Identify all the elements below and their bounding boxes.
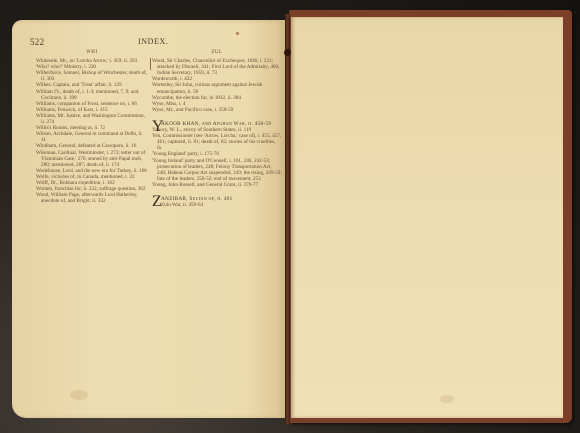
book-gutter bbox=[285, 14, 290, 424]
index-entry: Wood, Sir Charles, Chancellor of Exchequ… bbox=[152, 58, 282, 76]
index-entry: Williams, companion of Frost, sentence o… bbox=[36, 101, 148, 107]
page-stain bbox=[440, 395, 454, 403]
index-entry: Yeh, Commissioner (see 'Arrow, Lorcha,' … bbox=[152, 133, 282, 151]
index-entry: Williams, Mr. Justice, and Washington Co… bbox=[36, 113, 148, 125]
index-entry: Wilberforce, Samuel, Bishop of Wincheste… bbox=[36, 70, 148, 82]
index-entry: Wodehouse, Lord, and the new era for Tur… bbox=[36, 168, 148, 174]
drop-cap-letter: Y bbox=[152, 120, 164, 134]
index-entry: Windham, General, defeated at Cawnpore, … bbox=[36, 143, 148, 149]
index-entry: William IV., death of, i. 1-3; mentioned… bbox=[36, 89, 148, 101]
index-section-y: Y AKOOB KHAN, and Afghan War, ii. 458-59 bbox=[152, 121, 282, 127]
page-number: 522 bbox=[30, 37, 44, 47]
guide-word: ZUL bbox=[152, 50, 282, 56]
index-column-right: ZUL Wood, Sir Charles, Chancellor of Exc… bbox=[152, 50, 282, 208]
index-entry: Wilson, Archdale, General in command at … bbox=[36, 131, 148, 143]
index-entry: ANZIBAR, Sultan of, ii. 461 bbox=[161, 196, 233, 202]
page-spot bbox=[236, 32, 239, 35]
guide-word: WHI bbox=[36, 50, 148, 56]
index-entry: Zulu War, ii. 459-64 bbox=[152, 202, 282, 208]
index-entry: Wood, William Page, afterwards Lord Hath… bbox=[36, 192, 148, 204]
index-entry: Wiseman, Cardinal, Westminster, i. 273; … bbox=[36, 150, 148, 168]
page-stain bbox=[70, 390, 88, 400]
binding-thread-knot bbox=[284, 49, 291, 56]
index-entry: AKOOB KHAN, and Afghan War, ii. 458-59 bbox=[161, 121, 271, 127]
index-column-left: WHI Whiteside, Mr., on 'Lorcha Arrow,' i… bbox=[36, 50, 148, 204]
index-entry: Wortesley, Sir John, curious argument ag… bbox=[152, 82, 282, 94]
running-title: INDEX. bbox=[138, 37, 168, 46]
drop-cap-letter: Z bbox=[152, 195, 162, 209]
right-endpaper bbox=[291, 17, 563, 418]
column-divider bbox=[150, 58, 151, 70]
index-section-z: Z ANZIBAR, Sultan of, ii. 461 bbox=[152, 196, 282, 202]
running-head: 522 INDEX. bbox=[30, 37, 275, 49]
index-entry: 'Young Ireland' party and O'Connell, i. … bbox=[152, 158, 282, 182]
